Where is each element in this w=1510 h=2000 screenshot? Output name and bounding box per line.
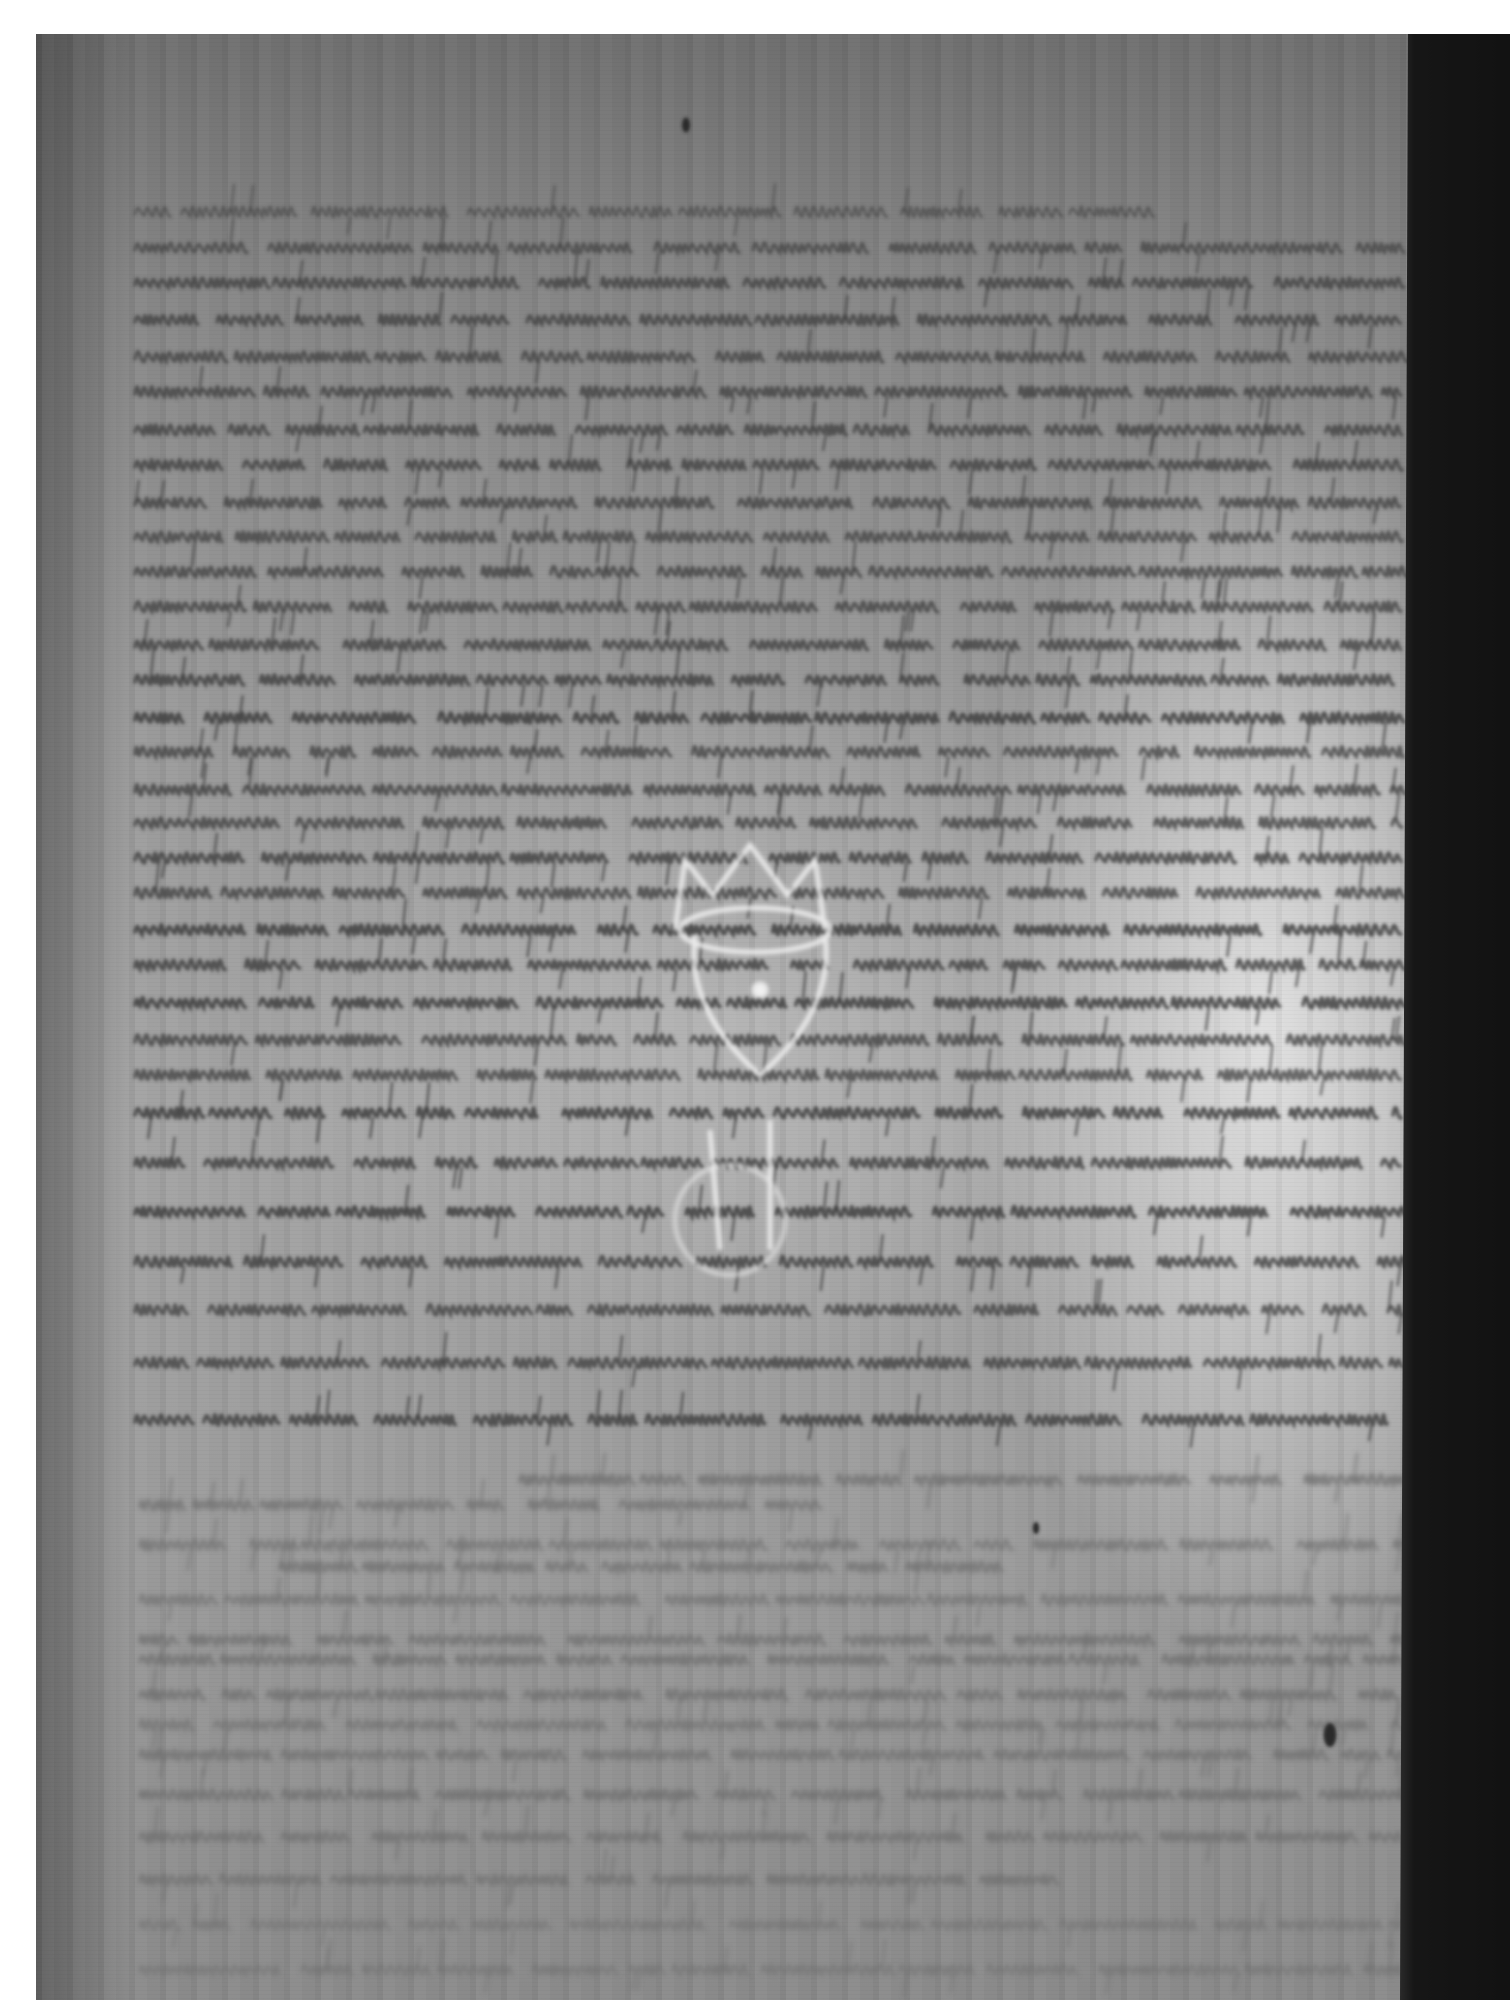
handwritten-word xyxy=(427,1304,531,1315)
letter-stroke xyxy=(1245,287,1248,310)
letter-stroke xyxy=(513,1759,516,1782)
mirrored-word xyxy=(1279,1920,1383,1930)
handwritten-word xyxy=(1254,243,1342,253)
handwritten-word xyxy=(1026,532,1088,541)
letter-stroke xyxy=(521,684,524,707)
handwritten-word xyxy=(957,1071,1015,1080)
mirrored-word xyxy=(331,1875,467,1885)
letter-stroke xyxy=(1166,469,1169,495)
mirrored-word xyxy=(477,1875,567,1885)
mirrored-word xyxy=(529,1500,598,1510)
letter-stroke xyxy=(280,611,283,631)
letter-stroke xyxy=(144,619,147,645)
mirrored-word xyxy=(766,1501,821,1510)
handwritten-word xyxy=(344,640,445,650)
letter-stroke xyxy=(1077,1729,1080,1751)
letter-stroke xyxy=(1181,541,1184,562)
mirrored-word xyxy=(140,1920,180,1930)
letter-stroke xyxy=(1221,1117,1224,1134)
letter-stroke xyxy=(1210,1549,1213,1566)
handwritten-word xyxy=(690,602,816,612)
mirrored-word xyxy=(457,1655,546,1665)
handwritten-word xyxy=(135,998,245,1008)
handwritten-word xyxy=(1197,888,1319,898)
handwritten-word xyxy=(1325,602,1401,612)
handwritten-word xyxy=(1143,1415,1243,1425)
letter-stroke xyxy=(1109,478,1112,503)
handwritten-word xyxy=(537,998,662,1008)
mirrored-word xyxy=(1246,1964,1352,1975)
handwritten-word xyxy=(1140,640,1240,650)
mirrored-word xyxy=(1057,1720,1159,1730)
handwritten-word xyxy=(1382,388,1401,397)
handwritten-word xyxy=(210,1108,271,1118)
letter-stroke xyxy=(1398,1266,1401,1286)
handwritten-word xyxy=(1114,1108,1161,1118)
letter-stroke xyxy=(968,396,971,418)
handwritten-word xyxy=(628,459,671,469)
letter-stroke xyxy=(1369,324,1372,349)
handwritten-word xyxy=(1317,1070,1400,1080)
letter-stroke xyxy=(1191,1424,1194,1448)
letter-stroke xyxy=(911,1664,914,1684)
handwritten-word xyxy=(466,1108,537,1118)
letter-stroke xyxy=(836,469,839,490)
handwritten-word xyxy=(1393,1108,1401,1118)
mirrored-word xyxy=(907,1790,1006,1800)
letter-stroke xyxy=(1270,1697,1273,1725)
handwritten-word xyxy=(282,1358,368,1368)
mirrored-word xyxy=(558,1655,612,1665)
letter-stroke xyxy=(362,396,365,415)
handwritten-word xyxy=(375,853,504,864)
letter-stroke xyxy=(148,1117,151,1139)
letter-stroke xyxy=(991,1266,994,1290)
letter-stroke xyxy=(840,972,843,1003)
mirrored-word xyxy=(221,1655,354,1665)
handwritten-word xyxy=(135,352,227,362)
handwritten-word xyxy=(923,853,967,864)
letter-stroke xyxy=(1354,764,1357,791)
letter-stroke xyxy=(1252,1484,1255,1503)
handwritten-word xyxy=(205,713,271,723)
letter-stroke xyxy=(189,794,192,818)
mirrored-word xyxy=(1044,1832,1141,1842)
handwritten-word xyxy=(762,567,801,577)
letter-stroke xyxy=(1040,252,1043,269)
letter-stroke xyxy=(734,216,737,236)
handwritten-word xyxy=(728,998,786,1008)
letter-stroke xyxy=(957,767,960,790)
handwritten-word xyxy=(590,207,672,217)
handwritten-word xyxy=(205,1158,333,1168)
handwritten-word xyxy=(1000,207,1062,217)
handwritten-word xyxy=(1155,818,1243,829)
handwritten-word xyxy=(792,961,828,970)
letter-stroke xyxy=(156,863,159,893)
handwritten-word xyxy=(1004,960,1044,969)
letter-stroke xyxy=(908,1884,911,1904)
letter-stroke xyxy=(416,469,419,495)
handwritten-word xyxy=(578,1035,616,1045)
handwritten-word xyxy=(379,315,440,325)
mirrored-word xyxy=(1042,1595,1167,1606)
handwritten-word xyxy=(1148,1070,1202,1080)
letter-stroke xyxy=(1120,259,1123,283)
letter-stroke xyxy=(906,611,909,631)
handwritten-word xyxy=(876,387,1007,397)
watermark-highlight xyxy=(754,984,766,996)
handwritten-word xyxy=(1060,1305,1117,1315)
letter-stroke xyxy=(329,1509,332,1529)
mirrored-word xyxy=(732,1750,834,1760)
handwritten-word xyxy=(1133,278,1251,289)
handwritten-word xyxy=(477,675,547,685)
handwritten-word xyxy=(1185,1108,1279,1118)
handwritten-word xyxy=(588,352,695,362)
letter-stroke xyxy=(1066,684,1069,709)
mirrored-word xyxy=(807,1690,945,1700)
handwritten-word xyxy=(826,1305,960,1315)
mirrored-word xyxy=(140,1500,185,1510)
letter-stroke xyxy=(1363,941,1366,965)
letter-stroke xyxy=(812,401,815,430)
handwritten-word xyxy=(940,748,989,757)
handwritten-word xyxy=(468,207,579,218)
letter-stroke xyxy=(1052,1549,1055,1568)
letter-stroke xyxy=(315,1266,318,1287)
letter-stroke xyxy=(536,361,539,383)
show-through-mirrored-text xyxy=(140,1450,1409,1998)
handwritten-word xyxy=(297,818,403,828)
letter-stroke xyxy=(803,971,806,1003)
letter-stroke xyxy=(606,541,609,572)
handwritten-word xyxy=(1148,785,1240,795)
handwritten-word xyxy=(1256,785,1304,795)
letter-stroke xyxy=(1160,396,1163,415)
letter-stroke xyxy=(979,897,982,920)
handwritten-word xyxy=(1378,1257,1407,1267)
mirrored-word xyxy=(987,1832,1034,1842)
handwritten-word xyxy=(1040,640,1133,650)
mirrored-word xyxy=(837,1475,901,1486)
handwritten-word xyxy=(1290,1108,1377,1118)
handwritten-word xyxy=(900,676,938,685)
letter-stroke xyxy=(279,969,282,989)
letter-stroke xyxy=(1137,611,1140,631)
handwritten-word xyxy=(1118,424,1231,435)
letter-stroke xyxy=(412,934,415,954)
handwritten-word xyxy=(478,1070,536,1080)
handwritten-word xyxy=(135,498,206,508)
letter-stroke xyxy=(538,1396,541,1420)
handwritten-word xyxy=(260,998,314,1008)
letter-stroke xyxy=(441,1939,444,1970)
handwritten-word xyxy=(1093,1257,1133,1267)
letter-stroke xyxy=(485,1799,488,1816)
mirrored-word xyxy=(730,1920,840,1930)
letter-stroke xyxy=(511,1929,514,1955)
handwritten-word xyxy=(551,460,601,470)
mirrored-word xyxy=(477,1720,605,1730)
mirrored-word xyxy=(1145,1750,1251,1760)
letter-stroke xyxy=(415,831,418,858)
handwritten-word xyxy=(135,567,255,577)
handwritten-word xyxy=(244,785,364,795)
handwritten-word xyxy=(1016,925,1109,935)
letter-stroke xyxy=(823,434,826,451)
handwritten-word xyxy=(732,675,783,685)
handwritten-word xyxy=(245,1256,342,1267)
mirrored-word xyxy=(1370,1832,1403,1841)
letter-stroke xyxy=(559,969,562,989)
handwritten-word xyxy=(135,278,269,288)
handwritten-word xyxy=(374,747,418,757)
handwritten-word xyxy=(448,1207,514,1217)
handwritten-word xyxy=(523,352,583,362)
letter-stroke xyxy=(911,611,914,632)
handwritten-word xyxy=(204,1415,279,1425)
handwritten-word xyxy=(135,602,246,612)
handwritten-word xyxy=(403,567,464,577)
handwritten-word xyxy=(1323,747,1404,757)
mirrored-word xyxy=(684,1832,809,1842)
handwritten-word xyxy=(1023,1035,1123,1045)
handwritten-word xyxy=(409,602,497,612)
handwritten-word xyxy=(907,785,1011,795)
handwritten-word xyxy=(293,713,414,723)
letter-stroke xyxy=(885,722,888,743)
handwritten-word xyxy=(677,999,719,1008)
mirrored-word xyxy=(699,1475,821,1485)
letter-stroke xyxy=(1310,1664,1313,1688)
handwritten-word xyxy=(287,425,359,435)
handwritten-word xyxy=(724,1108,763,1117)
mirrored-word xyxy=(602,1562,681,1572)
mirrored-word xyxy=(880,1540,960,1550)
handwritten-word xyxy=(581,387,705,397)
handwritten-word xyxy=(135,207,170,217)
handwritten-word xyxy=(918,315,1050,325)
handwritten-word xyxy=(712,1358,852,1368)
handwritten-word xyxy=(135,315,198,325)
letter-stroke xyxy=(1154,1216,1157,1235)
handwritten-word xyxy=(854,425,909,436)
mirrored-word xyxy=(438,1965,512,1975)
handwritten-word xyxy=(1323,1305,1365,1315)
handwritten-word xyxy=(950,960,987,969)
handwritten-word xyxy=(546,1070,679,1080)
letter-stroke xyxy=(1202,576,1205,599)
letter-stroke xyxy=(1207,1841,1210,1862)
handwritten-word xyxy=(418,1108,454,1119)
handwritten-word xyxy=(1180,1305,1248,1315)
letter-stroke xyxy=(633,469,636,492)
letter-stroke xyxy=(294,1884,297,1908)
handwritten-word xyxy=(691,1035,780,1045)
handwritten-word xyxy=(424,243,498,253)
mirrored-word xyxy=(672,1965,748,1975)
handwritten-word xyxy=(1284,925,1400,936)
handwritten-word xyxy=(225,498,321,508)
handwritten-word xyxy=(702,713,811,723)
letter-stroke xyxy=(716,252,719,271)
handwritten-word xyxy=(985,1358,1080,1368)
letter-stroke xyxy=(818,684,821,707)
mirrored-word xyxy=(140,1635,178,1645)
letter-stroke xyxy=(1378,1604,1381,1629)
letter-stroke xyxy=(480,827,483,844)
mirrored-word xyxy=(318,1635,392,1645)
handwritten-word xyxy=(795,207,887,218)
letter-stroke xyxy=(302,827,305,843)
letter-stroke xyxy=(1247,1079,1250,1102)
mirrored-word xyxy=(193,1920,229,1930)
letter-stroke xyxy=(632,1367,635,1387)
letter-stroke xyxy=(718,756,721,778)
letter-stroke xyxy=(257,1117,260,1137)
handwritten-word xyxy=(198,1358,273,1368)
mirrored-word xyxy=(987,1965,1077,1975)
handwritten-word xyxy=(678,425,733,435)
letter-stroke xyxy=(410,1266,413,1288)
handwritten-word xyxy=(222,888,323,899)
handwritten-word xyxy=(831,460,935,471)
mirrored-word xyxy=(769,1655,888,1665)
handwritten-word xyxy=(296,315,362,325)
handwritten-word xyxy=(1024,1107,1104,1117)
letter-stroke xyxy=(1374,507,1377,524)
letter-stroke xyxy=(626,1117,629,1136)
handwritten-word xyxy=(1205,1358,1334,1368)
letter-stroke xyxy=(666,862,669,885)
letter-stroke xyxy=(1397,1549,1400,1571)
mirrored-word xyxy=(468,1500,503,1509)
handwritten-word xyxy=(791,1035,928,1045)
mirrored-word xyxy=(828,1832,963,1842)
handwritten-word xyxy=(1104,498,1200,508)
handwritten-word xyxy=(980,278,1073,288)
letter-stroke xyxy=(625,934,628,953)
letter-stroke xyxy=(1183,222,1186,248)
letter-stroke xyxy=(1181,1079,1184,1102)
letter-stroke xyxy=(486,861,489,893)
handwritten-word xyxy=(1020,1070,1132,1080)
mirrored-word xyxy=(1298,1540,1378,1550)
letter-stroke xyxy=(1065,326,1068,357)
handwritten-word xyxy=(135,1035,247,1045)
mirrored-word xyxy=(1034,1540,1167,1551)
mirrored-word xyxy=(1309,1720,1367,1730)
mirrored-word xyxy=(1019,1690,1126,1700)
mirrored-word xyxy=(1180,1635,1300,1645)
mirrored-word xyxy=(1305,1655,1351,1665)
letter-stroke xyxy=(1109,1799,1112,1822)
handwritten-word xyxy=(209,1305,305,1315)
handwritten-word xyxy=(527,315,629,326)
handwritten-word xyxy=(1263,1305,1303,1315)
handwritten-word xyxy=(954,640,1019,650)
letter-stroke xyxy=(485,1974,488,1993)
letter-stroke xyxy=(1269,1046,1272,1075)
letter-stroke xyxy=(541,897,544,913)
handwritten-word xyxy=(851,1158,988,1168)
handwritten-word xyxy=(744,278,825,288)
handwritten-word xyxy=(376,352,426,362)
handwritten-word xyxy=(1011,1257,1077,1267)
letter-stroke xyxy=(793,469,796,489)
letter-stroke xyxy=(1331,477,1334,503)
handwritten-word xyxy=(647,532,752,542)
handwritten-word xyxy=(260,675,334,685)
letter-stroke xyxy=(459,1167,462,1189)
letter-stroke xyxy=(1142,756,1145,780)
letter-stroke xyxy=(810,725,813,752)
letter-stroke xyxy=(261,1234,264,1262)
letter-stroke xyxy=(169,1478,172,1505)
handwritten-word xyxy=(333,998,401,1008)
letter-stroke xyxy=(904,862,907,882)
letter-stroke xyxy=(1227,934,1230,957)
mirrored-word xyxy=(436,1790,569,1800)
letter-stroke xyxy=(780,576,783,601)
letter-stroke xyxy=(997,1424,1000,1446)
letter-stroke xyxy=(809,1424,812,1440)
handwritten-word xyxy=(646,1415,765,1425)
letter-stroke xyxy=(1028,1266,1031,1287)
letter-stroke xyxy=(906,969,909,988)
mirrored-word xyxy=(981,1875,1059,1885)
letter-stroke xyxy=(657,434,660,450)
handwritten-word xyxy=(1140,747,1178,757)
handwritten-word xyxy=(1096,853,1236,863)
letter-stroke xyxy=(396,1841,399,1860)
letter-stroke xyxy=(882,1939,885,1970)
letter-stroke xyxy=(446,827,449,849)
handwritten-word xyxy=(659,567,746,577)
handwritten-word xyxy=(602,277,729,288)
letter-stroke xyxy=(476,897,479,913)
letter-stroke xyxy=(379,938,382,965)
handwritten-word xyxy=(683,460,746,470)
mirrored-word xyxy=(410,1635,545,1645)
letter-stroke xyxy=(1396,1759,1399,1777)
letter-stroke xyxy=(789,1509,792,1532)
handwritten-word xyxy=(987,853,1082,863)
letter-stroke xyxy=(1279,327,1282,358)
handwritten-word xyxy=(135,1305,187,1315)
letter-stroke xyxy=(1321,1079,1324,1095)
handwritten-word xyxy=(1196,747,1310,757)
handwritten-word xyxy=(424,888,506,898)
letter-stroke xyxy=(760,469,763,495)
letter-stroke xyxy=(320,1509,323,1534)
mirrored-word xyxy=(251,1540,299,1550)
handwritten-word xyxy=(753,243,868,253)
letter-stroke xyxy=(655,1012,658,1040)
letter-stroke xyxy=(637,1974,640,1991)
handwritten-word xyxy=(514,1358,556,1368)
letter-stroke xyxy=(1271,794,1274,817)
mirrored-word xyxy=(363,1562,444,1572)
mirrored-word xyxy=(1078,1475,1189,1485)
letter-stroke xyxy=(317,1569,320,1600)
handwritten-word xyxy=(811,818,917,828)
handwritten-word xyxy=(229,425,269,435)
mirrored-word xyxy=(762,1965,895,1975)
letter-stroke xyxy=(602,862,605,882)
mirrored-word xyxy=(995,1750,1128,1760)
